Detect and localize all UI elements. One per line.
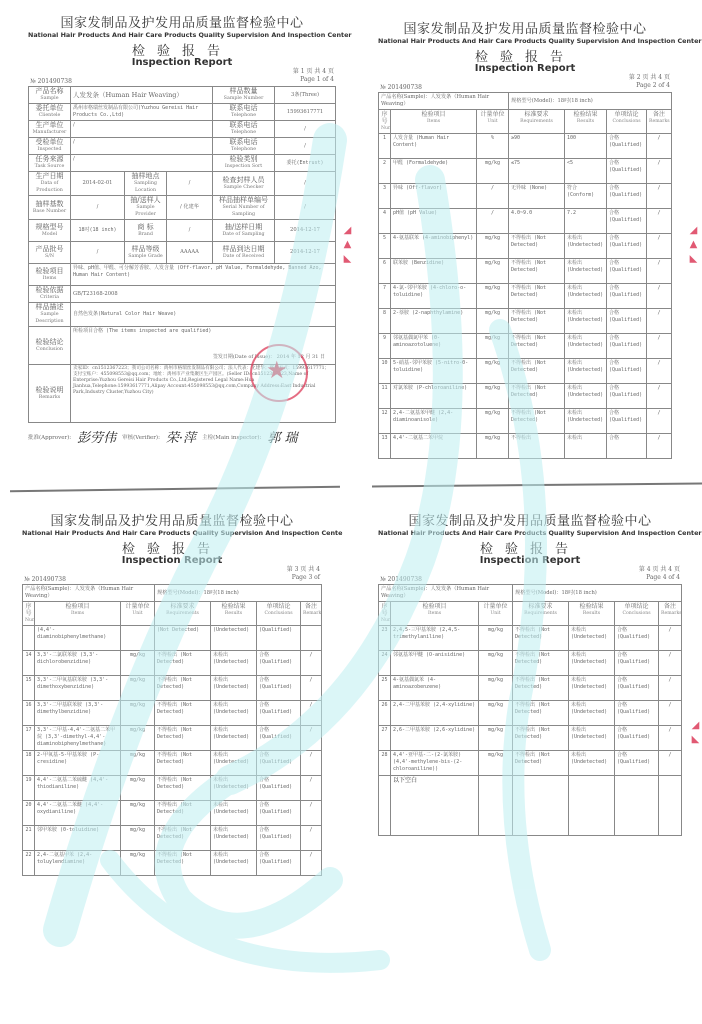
cell-res: 未检出 (Undetected) [211, 776, 257, 801]
cell-concl: 合格 (Qualified) [257, 726, 301, 751]
cell-unit: mg/kg [121, 651, 155, 676]
column-header: 计量单位Unit [479, 602, 513, 626]
table-row: 54-氨基联苯 (4-aminobiphenyl)mg/kg不得检出 (Not … [379, 234, 672, 259]
production-date-value: 2014-02-01 [71, 172, 125, 196]
cell-item: 2,4-二氨基苯甲醚 (2,4-diaminoanisole) [391, 409, 477, 434]
inspection-items-value: 异味、pH值、甲醛、可分解芳香胺、人发含量 (Off-flavor, pH Va… [71, 264, 336, 286]
table-row: 82-萘胺 (2-naphthylamine)mg/kg不得检出 (Not De… [379, 309, 672, 334]
cell-res: (Undetected) [211, 626, 257, 651]
cell-concl: 合格 (Qualified) [257, 851, 301, 876]
cell-item: 4-氨基联苯 (4-aminobiphenyl) [391, 234, 477, 259]
cell-concl: 合格 (Qualified) [257, 826, 301, 851]
cell-req: 不得检出 (Not Detected) [509, 234, 565, 259]
side-seal-fragment: ◢ ◣ [690, 720, 701, 745]
signature-row: 批准(Approver): 彭劳伟 审核(Verifier): 荣·萍 主检(M… [28, 427, 336, 446]
cell-res: 未检出 (Undetected) [211, 851, 257, 876]
cell-rem: / [301, 801, 322, 826]
cell-item: (4,4'-diaminobiphenylmethane) [35, 626, 121, 651]
cell-unit: / [477, 184, 509, 209]
cell-concl: 合格 (Qualified) [257, 676, 301, 701]
table-row: 1人发含量 (Human Hair Content)%≥90100合格 (Qua… [379, 134, 672, 159]
sample-description-value: 自然色发条(Natural Color Hair Weave) [71, 303, 336, 327]
column-header: 检验结果Results [211, 602, 257, 626]
cell-rem: / [301, 726, 322, 751]
cell-req: 4.0~9.0 [509, 209, 565, 234]
cell-item: 4,4'-二氨基二苯硫醚 (4,4'-thiodianiline) [35, 776, 121, 801]
table-row: 284,4'-亚甲基-二-(2-氯苯胺) (4,4'-methylene-bis… [379, 751, 682, 776]
cell-no: 13 [379, 434, 391, 459]
cell-res: 未检出 (Undetected) [569, 751, 615, 776]
cell-req: 不得检出 (Not Detected) [155, 726, 211, 751]
cell-rem: / [659, 701, 682, 726]
cell-rem: / [647, 209, 672, 234]
cell-res: 未检出 (Undetected) [565, 334, 607, 359]
cell-res: 未检出 (Undetected) [565, 384, 607, 409]
cell-req: ≤75 [509, 159, 565, 184]
table-row: 163,3'-二甲基联苯胺 (3,3'-dimethylbenzidine)mg… [23, 701, 322, 726]
cell-no: 14 [23, 651, 35, 676]
cell-no: 16 [23, 701, 35, 726]
cell-item: 邻甲苯胺 (0-toluidine) [35, 826, 121, 851]
table-row: 194,4'-二氨基二苯硫醚 (4,4'-thiodianiline)mg/kg… [23, 776, 322, 801]
cell-req: 不得检出 (Not Detected) [513, 626, 569, 651]
cell-concl: 合格 (Qualified) [615, 751, 659, 776]
cell-rem: / [647, 159, 672, 184]
cell-req: 不得检出 (Not Detected) [513, 726, 569, 751]
cell-req: 不得检出 [509, 434, 565, 459]
cell-rem: / [647, 409, 672, 434]
cell-item: 4,4'-亚甲基-二-(2-氯苯胺) (4,4'-methylene-bis-(… [391, 751, 479, 776]
cell-unit: mg/kg [479, 726, 513, 751]
column-header: 检验项目Items [391, 602, 479, 626]
cell-no: 2 [379, 159, 391, 184]
cell-concl: 合格 (Qualified) [607, 384, 647, 409]
table-row: 105-硝基-邻甲苯胺 (5-nitro-0-toluidine)mg/kg不得… [379, 359, 672, 384]
table-row: (4,4'-diaminobiphenylmethane)(Not Detect… [23, 626, 322, 651]
cell-no: 7 [379, 284, 391, 309]
cell-res: 7.2 [565, 209, 607, 234]
inspector-signature: 郭 瑞 [267, 427, 297, 446]
cell-no: 6 [379, 259, 391, 284]
cell-concl: 合格 (Qualified) [607, 359, 647, 384]
cell-concl: 合格 (Qualified) [615, 726, 659, 751]
cell-no: 3 [379, 184, 391, 209]
table-row: 4pH值 (pH Value)/4.0~9.07.2合格 (Qualified)… [379, 209, 672, 234]
cell-unit: mg/kg [121, 701, 155, 726]
cell-rem: / [301, 676, 322, 701]
cell-res: <5 [565, 159, 607, 184]
table-row: 222,4-二氨基甲苯 (2,4-toluylendiamine)mg/kg不得… [23, 851, 322, 876]
telephone-value: 15993617771 [275, 104, 336, 121]
cell-item: 邻氨基偶氮甲苯 (0-aminoazotoluene) [391, 334, 477, 359]
cell-rem: / [647, 309, 672, 334]
cell-item: 4,4'-二氨基二苯甲烷 [391, 434, 477, 459]
column-header: 单项结论Conclusions [615, 602, 659, 626]
table-row: 74-氯-邻甲苯胺 (4-chloro-o-toluidine)mg/kg不得检… [379, 284, 672, 309]
cell-req: 不得检出 (Not Detected) [155, 826, 211, 851]
cell-item: 对氯苯胺 (P-chloroaniline) [391, 384, 477, 409]
column-header: 计量单位Unit [121, 602, 155, 626]
cell-concl: 合格 (Qualified) [607, 159, 647, 184]
title-en: Inspection Report [28, 57, 336, 68]
report-number: № 201490738 [380, 84, 422, 91]
cell-unit: mg/kg [479, 751, 513, 776]
cell-unit: mg/kg [121, 751, 155, 776]
cell-req: 不得检出 (Not Detected) [513, 751, 569, 776]
cell-unit: mg/kg [479, 651, 513, 676]
cell-concl: 合格 (Qualified) [257, 651, 301, 676]
cell-concl: 合格 (Qualified) [607, 259, 647, 284]
cell-unit: mg/kg [477, 409, 509, 434]
cell-item: 2-甲氧基-5-甲基苯胺 (P-cresidine) [35, 751, 121, 776]
side-seal-fragment: ◢ ▲ ◣ [342, 225, 353, 264]
cell-no: 1 [379, 134, 391, 159]
star-icon: ★ [266, 356, 288, 384]
cell-req: 不得检出 (Not Detected) [509, 384, 565, 409]
cell-rem: / [647, 359, 672, 384]
cell-no: 4 [379, 209, 391, 234]
cell-req: 不得检出 (Not Detected) [155, 801, 211, 826]
sample-provider-value: / 化建华 [167, 196, 213, 220]
cell-item: 4,4'-二氨基二苯醚 (4,4'-oxydianiline) [35, 801, 121, 826]
cell-concl: 合格 (Qualified) [257, 776, 301, 801]
results-table-page-3: 产品名称(Sample)：人发发条（Human Hair Weaving）规格型… [22, 584, 322, 876]
cell-req: 不得检出 (Not Detected) [513, 676, 569, 701]
cell-concl: 合格 (Qualified) [615, 626, 659, 651]
cell-req: 不得检出 (Not Detected) [155, 701, 211, 726]
cell-rem: / [647, 284, 672, 309]
cell-res: 未检出 [565, 434, 607, 459]
column-header: 序号Number [379, 602, 391, 626]
manufacturer-value: / [71, 121, 213, 138]
cell-item: 5-硝基-邻甲苯胺 (5-nitro-0-toluidine) [391, 359, 477, 384]
table-row: 272,6-二甲基苯胺 (2,6-xylidine)mg/kg不得检出 (Not… [379, 726, 682, 751]
cell-rem: / [647, 384, 672, 409]
cell-item: 2,6-二甲基苯胺 (2,6-xylidine) [391, 726, 479, 751]
cell-unit: % [477, 134, 509, 159]
cell-res: 未检出 (Undetected) [569, 626, 615, 651]
cell-req: 无异味 (None) [509, 184, 565, 209]
cell-res: 符合 (Conform) [565, 184, 607, 209]
cell-concl: 合格 (Qualified) [257, 801, 301, 826]
cell-req: 不得检出 (Not Detected) [155, 851, 211, 876]
cell-item: pH值 (pH Value) [391, 209, 477, 234]
cell-res: 未检出 (Undetected) [565, 359, 607, 384]
column-header: 检验结果Results [569, 602, 615, 626]
column-header: 备注Remarks [647, 110, 672, 134]
cell-res: 未检出 (Undetected) [211, 801, 257, 826]
cell-concl: (Qualified) [257, 626, 301, 651]
cell-no [23, 626, 35, 651]
cell-res: 未检出 (Undetected) [569, 701, 615, 726]
date-received-value: 2014-12-17 [275, 242, 336, 264]
cell-rem: / [647, 259, 672, 284]
cell-unit: mg/kg [121, 826, 155, 851]
cell-unit: mg/kg [121, 726, 155, 751]
cell-res: 未检出 (Undetected) [565, 309, 607, 334]
cell-rem: / [301, 776, 322, 801]
cell-rem: / [647, 234, 672, 259]
column-header: 检验结果Results [565, 110, 607, 134]
table-row: 173,3'-二甲基-4,4'-二氨基二苯甲烷 (3,3'-dimethyl-4… [23, 726, 322, 751]
cell-concl: 合格 (Qualified) [607, 309, 647, 334]
cell-rem: / [647, 184, 672, 209]
report-number: № 201490738 [30, 78, 72, 85]
sample-grade-value: AAAAA [167, 242, 213, 264]
cell-no: 8 [379, 309, 391, 334]
page-divider [10, 486, 340, 493]
cell-concl: 合格 (Qualified) [607, 284, 647, 309]
cell-item: 3,3'-二甲基-4,4'-二氨基二苯甲烷 (3,3'-dimethyl-4,4… [35, 726, 121, 751]
column-header: 单项结论Conclusions [257, 602, 301, 626]
cell-res: 未检出 (Undetected) [211, 751, 257, 776]
cell-res: 未检出 (Undetected) [211, 726, 257, 751]
report-number: № 201490738 [380, 576, 422, 583]
conclusion-value: 所检项目合格 (The items inspected are qualifie… [73, 328, 333, 335]
cell-item: 4-氨基偶氮苯 (4-aminoazobenzene) [391, 676, 479, 701]
cell-req: 不得检出 (Not Detected) [509, 309, 565, 334]
cell-unit [121, 626, 155, 651]
table-row: 232,4,5-三甲基苯胺 (2,4,5-trimethylaniline)mg… [379, 626, 682, 651]
verifier-signature: 荣·萍 [166, 427, 196, 446]
cell-concl: 合格 (Qualified) [607, 409, 647, 434]
column-header: 备注Remarks [301, 602, 322, 626]
column-header: 检验项目Items [35, 602, 121, 626]
cell-no: 12 [379, 409, 391, 434]
table-row: 182-甲氧基-5-甲基苯胺 (P-cresidine)mg/kg不得检出 (N… [23, 751, 322, 776]
report-page-3: 国家发制品及护发用品质量监督检验中心 National Hair Product… [22, 510, 322, 876]
cell-unit: mg/kg [477, 334, 509, 359]
cell-req: 不得检出 (Not Detected) [509, 334, 565, 359]
cell-concl: 合格 (Qualified) [607, 209, 647, 234]
cell-res: 未检出 (Undetected) [211, 826, 257, 851]
table-row: 122,4-二氨基苯甲醚 (2,4-diaminoanisole)mg/kg不得… [379, 409, 672, 434]
cell-item: 联苯胺 (Benzidine) [391, 259, 477, 284]
cell-rem: / [301, 826, 322, 851]
cell-res: 未检出 (Undetected) [565, 409, 607, 434]
cell-no: 24 [379, 651, 391, 676]
cell-res: 未检出 (Undetected) [569, 726, 615, 751]
cell-unit: mg/kg [477, 284, 509, 309]
model-value: 18吋(18 inch) [71, 220, 125, 242]
criteria-value: GB/T23168-2008 [71, 286, 336, 303]
cell-unit: mg/kg [477, 309, 509, 334]
cell-concl: 合格 (Qualified) [615, 651, 659, 676]
cell-rem: / [659, 676, 682, 701]
table-row: 21邻甲苯胺 (0-toluidine)mg/kg不得检出 (Not Detec… [23, 826, 322, 851]
cell-item: 邻氨基苯甲醚 (O-anisidine) [391, 651, 479, 676]
table-row: 6联苯胺 (Benzidine)mg/kg不得检出 (Not Detected)… [379, 259, 672, 284]
cell-no: 23 [379, 626, 391, 651]
cell-concl: 合格 [607, 434, 647, 459]
blank-row: 以下空白 [379, 776, 682, 836]
sample-number-value: 3条(Three) [275, 87, 336, 104]
cell-req: 不得检出 (Not Detected) [509, 259, 565, 284]
cell-req: 不得检出 (Not Detected) [513, 651, 569, 676]
cell-item: 甲醛 (Formaldehyde) [391, 159, 477, 184]
cell-req: ≥90 [509, 134, 565, 159]
cell-unit: mg/kg [477, 384, 509, 409]
table-row: 204,4'-二氨基二苯醚 (4,4'-oxydianiline)mg/kg不得… [23, 801, 322, 826]
cell-no: 18 [23, 751, 35, 776]
cell-req: 不得检出 (Not Detected) [513, 701, 569, 726]
cell-no: 11 [379, 384, 391, 409]
cell-req: 不得检出 (Not Detected) [155, 651, 211, 676]
cell-res: 未检出 (Undetected) [565, 259, 607, 284]
cell-no: 20 [23, 801, 35, 826]
cell-req: 不得检出 (Not Detected) [155, 776, 211, 801]
cell-res: 未检出 (Undetected) [565, 234, 607, 259]
end-note: 以下空白 [391, 776, 479, 836]
page-number-cn: 第 1 页 共 4 页 [293, 68, 334, 75]
cell-concl: 合格 (Qualified) [607, 334, 647, 359]
table-row: 153,3'-二甲氧基联苯胺 (3,3'-dimethoxybenzidine)… [23, 676, 322, 701]
cell-concl: 合格 (Qualified) [607, 184, 647, 209]
report-number: № 201490738 [24, 576, 66, 583]
cell-no: 27 [379, 726, 391, 751]
cell-no: 28 [379, 751, 391, 776]
cell-rem: / [301, 751, 322, 776]
cell-res: 未检出 (Undetected) [565, 284, 607, 309]
cell-concl: 合格 (Qualified) [615, 676, 659, 701]
report-header: 国家发制品及护发用品质量监督检验中心 National Hair Product… [28, 12, 336, 68]
table-row: 2甲醛 (Formaldehyde)mg/kg≤75<5合格 (Qualifie… [379, 159, 672, 184]
page-number-en: Page 1 of 4 [300, 76, 334, 83]
column-header: 备注Remarks [659, 602, 682, 626]
cell-item: 2,4-二甲基苯胺 (2,4-xylidine) [391, 701, 479, 726]
cell-unit: mg/kg [121, 851, 155, 876]
cell-unit: mg/kg [121, 676, 155, 701]
cell-rem: / [301, 851, 322, 876]
cell-res: 100 [565, 134, 607, 159]
cell-no: 19 [23, 776, 35, 801]
inspected-value: / [71, 138, 213, 155]
report-page-2: 国家发制品及护发用品质量监督检验中心 National Hair Product… [378, 18, 672, 459]
cell-item: 2,4-二氨基甲苯 (2,4-toluylendiamine) [35, 851, 121, 876]
cell-rem: / [647, 334, 672, 359]
cell-unit: mg/kg [479, 626, 513, 651]
column-header: 计量单位Unit [477, 110, 509, 134]
cell-no: 9 [379, 334, 391, 359]
cell-unit: mg/kg [477, 359, 509, 384]
cell-unit: mg/kg [479, 701, 513, 726]
cell-item: 3,3'-二氯联苯胺 (3,3'-dichlorobenzidine) [35, 651, 121, 676]
table-row: 134,4'-二氨基二苯甲烷mg/kg不得检出未检出合格/ [379, 434, 672, 459]
table-row: 254-氨基偶氮苯 (4-aminoazobenzene)mg/kg不得检出 (… [379, 676, 682, 701]
cell-no: 10 [379, 359, 391, 384]
cell-rem [301, 626, 322, 651]
cell-item: 3,3'-二甲氧基联苯胺 (3,3'-dimethoxybenzidine) [35, 676, 121, 701]
org-name-en: National Hair Products And Hair Care Pro… [28, 31, 336, 39]
cell-item: 人发含量 (Human Hair Content) [391, 134, 477, 159]
cell-req: 不得检出 (Not Detected) [509, 284, 565, 309]
cell-concl: 合格 (Qualified) [607, 134, 647, 159]
cell-res: 未检出 (Undetected) [211, 676, 257, 701]
inspection-sort-value: 委托(Entrust) [275, 155, 336, 172]
cell-no: 21 [23, 826, 35, 851]
cell-rem: / [647, 134, 672, 159]
cell-item: 2,4,5-三甲基苯胺 (2,4,5-trimethylaniline) [391, 626, 479, 651]
cell-no: 25 [379, 676, 391, 701]
cell-res: 未检出 (Undetected) [569, 651, 615, 676]
official-seal-stamp: ★ [250, 344, 308, 402]
column-header: 序号Number [379, 110, 391, 134]
cell-res: 未检出 (Undetected) [211, 701, 257, 726]
date-of-sampling-value: 2014-12-17 [275, 220, 336, 242]
cell-unit: mg/kg [479, 676, 513, 701]
cell-req: 不得检出 (Not Detected) [155, 751, 211, 776]
task-source-value: / [71, 155, 213, 172]
cell-rem: / [301, 651, 322, 676]
page-divider [372, 483, 702, 488]
cell-req: (Not Detected) [155, 626, 211, 651]
cell-req: 不得检出 (Not Detected) [155, 676, 211, 701]
column-header: 单项结论Conclusions [607, 110, 647, 134]
cell-concl: 合格 (Qualified) [615, 701, 659, 726]
table-row: 11对氯苯胺 (P-chloroaniline)mg/kg不得检出 (Not D… [379, 384, 672, 409]
cell-no: 15 [23, 676, 35, 701]
cell-rem: / [659, 626, 682, 651]
cell-no: 22 [23, 851, 35, 876]
table-row: 24邻氨基苯甲醚 (O-anisidine)mg/kg不得检出 (Not Det… [379, 651, 682, 676]
cell-concl: 合格 (Qualified) [607, 234, 647, 259]
cell-unit: / [477, 209, 509, 234]
cell-unit: mg/kg [121, 776, 155, 801]
cell-no: 17 [23, 726, 35, 751]
table-row: 9邻氨基偶氮甲苯 (0-aminoazotoluene)mg/kg不得检出 (N… [379, 334, 672, 359]
table-row: 3异味 (Off-flavor)/无异味 (None)符合 (Conform)合… [379, 184, 672, 209]
cell-unit: mg/kg [477, 234, 509, 259]
cell-concl: 合格 (Qualified) [257, 701, 301, 726]
cell-rem: / [647, 434, 672, 459]
table-row: 143,3'-二氯联苯胺 (3,3'-dichlorobenzidine)mg/… [23, 651, 322, 676]
cell-unit: mg/kg [477, 159, 509, 184]
cell-res: 未检出 (Undetected) [569, 676, 615, 701]
cell-item: 3,3'-二甲基联苯胺 (3,3'-dimethylbenzidine) [35, 701, 121, 726]
cell-req: 不得检出 (Not Detected) [509, 359, 565, 384]
clientele-value: 禹州市格瑞丝发制品有限公司(Yuzhou Gereisi Hair Produc… [71, 104, 213, 121]
cell-no: 5 [379, 234, 391, 259]
cell-item: 4-氯-邻甲苯胺 (4-chloro-o-toluidine) [391, 284, 477, 309]
cell-req: 不得检出 (Not Detected) [509, 409, 565, 434]
cell-concl: 合格 (Qualified) [257, 751, 301, 776]
cell-rem: / [659, 751, 682, 776]
column-header: 检验项目Items [391, 110, 477, 134]
cell-unit: mg/kg [121, 801, 155, 826]
column-header: 序号Number [23, 602, 35, 626]
org-name-cn: 国家发制品及护发用品质量监督检验中心 [28, 12, 336, 31]
table-row: 262,4-二甲基苯胺 (2,4-xylidine)mg/kg不得检出 (Not… [379, 701, 682, 726]
column-header: 标准要求Requirements [509, 110, 565, 134]
column-header: 标准要求Requirements [513, 602, 569, 626]
cell-unit: mg/kg [477, 434, 509, 459]
cell-rem: / [301, 701, 322, 726]
cell-res: 未检出 (Undetected) [211, 651, 257, 676]
report-page-4: 国家发制品及护发用品质量监督检验中心 National Hair Product… [378, 510, 682, 836]
column-header: 标准要求Requirements [155, 602, 211, 626]
cell-rem: / [659, 726, 682, 751]
results-table-page-4: 产品名称(Sample)：人发发条（Human Hair Weaving）规格型… [378, 584, 682, 836]
cell-rem: / [659, 651, 682, 676]
results-table-page-2: 产品名称(Sample)：人发发条（Human Hair Weaving）规格型… [378, 92, 672, 459]
side-seal-fragment: ◢ ▲ ◣ [688, 225, 699, 264]
approver-signature: 彭劳伟 [77, 427, 116, 446]
cell-no: 26 [379, 701, 391, 726]
cell-unit: mg/kg [477, 259, 509, 284]
cell-item: 2-萘胺 (2-naphthylamine) [391, 309, 477, 334]
sample-value: 人发发条（Human Hair Weaving） [71, 87, 213, 104]
cell-item: 异味 (Off-flavor) [391, 184, 477, 209]
